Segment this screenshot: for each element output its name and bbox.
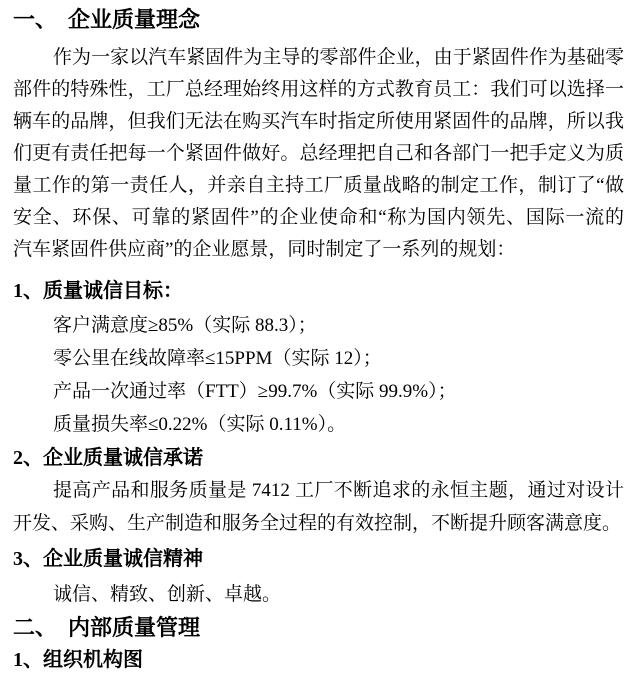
document-page: 一、企业质量理念 作为一家以汽车紧固件为主导的零部件企业，由于紧固件作为基础零 … [0,0,638,679]
paragraph-line: 作为一家以汽车紧固件为主导的零部件企业，由于紧固件作为基础零 [13,42,624,74]
section-quality-integrity-spirit: 3、企业质量诚信精神 [13,546,624,572]
paragraph-line: 们更有责任把每一个紧固件做好。总经理把自己和各部门一把手定义为质 [13,138,624,170]
paragraph-intro: 作为一家以汽车紧固件为主导的零部件企业，由于紧固件作为基础零 部件的特殊性，工厂… [13,42,624,266]
spirit-values-line: 诚信、精致、创新、卓越。 [13,578,624,611]
section-organization-chart: 1、组织机构图 [13,647,624,673]
goal-list: 客户满意度≥85%（实际 88.3）； 零公里在线故障率≤15PPM（实际 12… [13,309,624,441]
paragraph-line: 提高产品和服务质量是 7412 工厂不断追求的永恒主题，通过对设计 [13,474,624,507]
section-quality-integrity-commitment: 2、企业质量诚信承诺 [13,445,624,471]
paragraph-line: 汽车紧固件供应商”的企业愿景，同时制定了一系列的规划： [13,234,624,266]
paragraph-line: 部件的特殊性，工厂总经理始终用这样的方式教育员工：我们可以选择一 [13,74,624,106]
heading-number: 一、 [13,7,57,32]
heading-enterprise-quality-philosophy: 一、企业质量理念 [13,7,624,33]
paragraph-line: 辆车的品牌，但我们无法在购买汽车时指定所使用紧固件的品牌，所以我 [13,106,624,138]
heading-internal-quality-management: 二、内部质量管理 [13,615,624,641]
heading-title: 内部质量管理 [68,615,200,640]
goal-quality-loss-rate: 质量损失率≤0.22%（实际 0.11%）。 [13,408,624,441]
heading-number: 二、 [13,615,57,640]
paragraph-commitment: 提高产品和服务质量是 7412 工厂不断追求的永恒主题，通过对设计 开发、采购、… [13,474,624,540]
paragraph-line: 开发、采购、生产制造和服务全过程的有效控制，不断提升顾客满意度。 [13,507,624,540]
goal-zero-km-failure-rate: 零公里在线故障率≤15PPM（实际 12）； [13,342,624,375]
goal-customer-satisfaction: 客户满意度≥85%（实际 88.3）； [13,309,624,342]
goal-first-time-through-rate: 产品一次通过率（FTT）≥99.7%（实际 99.9%）； [13,375,624,408]
heading-title: 企业质量理念 [68,7,200,32]
paragraph-line: 安全、环保、可靠的紧固件”的企业使命和“称为国内领先、国际一流的 [13,202,624,234]
paragraph-line: 量工作的第一责任人，并亲自主持工厂质量战略的制定工作，制订了“做 [13,170,624,202]
section-quality-integrity-goals: 1、质量诚信目标： [13,278,624,304]
